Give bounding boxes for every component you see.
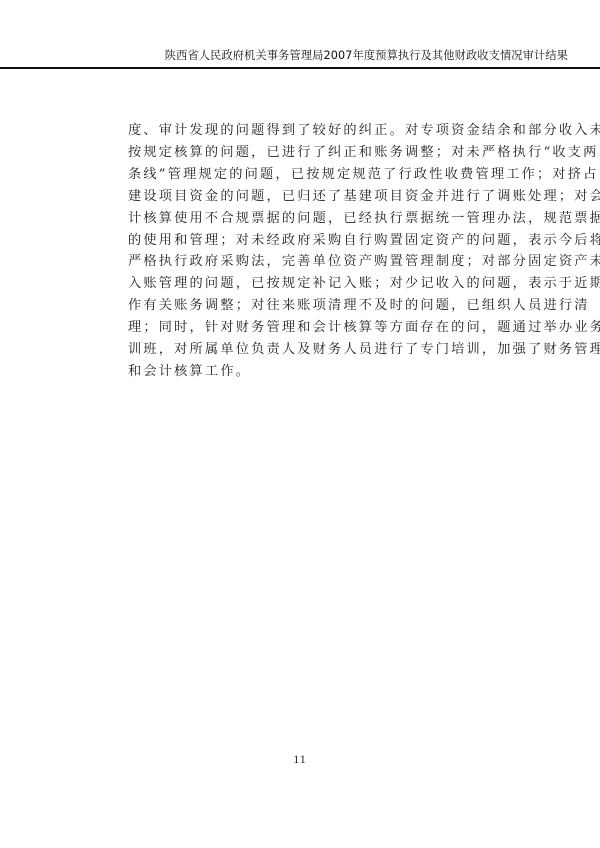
paragraph-line: 训班，对所属单位负责人及财务人员进行了专门培训，加强了财务管理 <box>128 339 506 361</box>
paragraph-line: 的使用和管理；对未经政府采购自行购置固定资产的问题，表示今后将 <box>128 230 506 252</box>
paragraph-line: 条线”管理规定的问题，已按规定规范了行政性收费管理工作；对挤占 <box>128 164 506 186</box>
paragraph-line: 建设项目资金的问题，已归还了基建项目资金并进行了调账处理；对会 <box>128 186 506 208</box>
paragraph-line: 度、审计发现的问题得到了较好的纠正。对专项资金结余和部分收入未 <box>128 120 506 142</box>
running-header-title: 陕西省人民政府机关事务管理局2007年度预算执行及其他财政收支情况审计结果 <box>165 49 568 63</box>
paragraph-line: 入账管理的问题，已按规定补记入账；对少记收入的问题，表示于近期 <box>128 273 506 295</box>
paragraph-line: 作有关账务调整；对往来账项清理不及时的问题，已组织人员进行清 <box>128 295 506 317</box>
body-paragraph: 度、审计发现的问题得到了较好的纠正。对专项资金结余和部分收入未 按规定核算的问题… <box>128 120 506 383</box>
paragraph-line: 严格执行政府采购法，完善单位资产购置管理制度；对部分固定资产未 <box>128 251 506 273</box>
header-rule <box>0 67 600 69</box>
paragraph-line: 和会计核算工作。 <box>128 361 506 383</box>
page-number: 11 <box>0 752 600 767</box>
paragraph-line: 理；同时，针对财务管理和会计核算等方面存在的问，题通过举办业务培 <box>128 317 506 339</box>
paragraph-line: 计核算使用不合规票据的问题，已经执行票据统一管理办法，规范票据 <box>128 208 506 230</box>
paragraph-line: 按规定核算的问题，已进行了纠正和账务调整；对未严格执行“收支两 <box>128 142 506 164</box>
